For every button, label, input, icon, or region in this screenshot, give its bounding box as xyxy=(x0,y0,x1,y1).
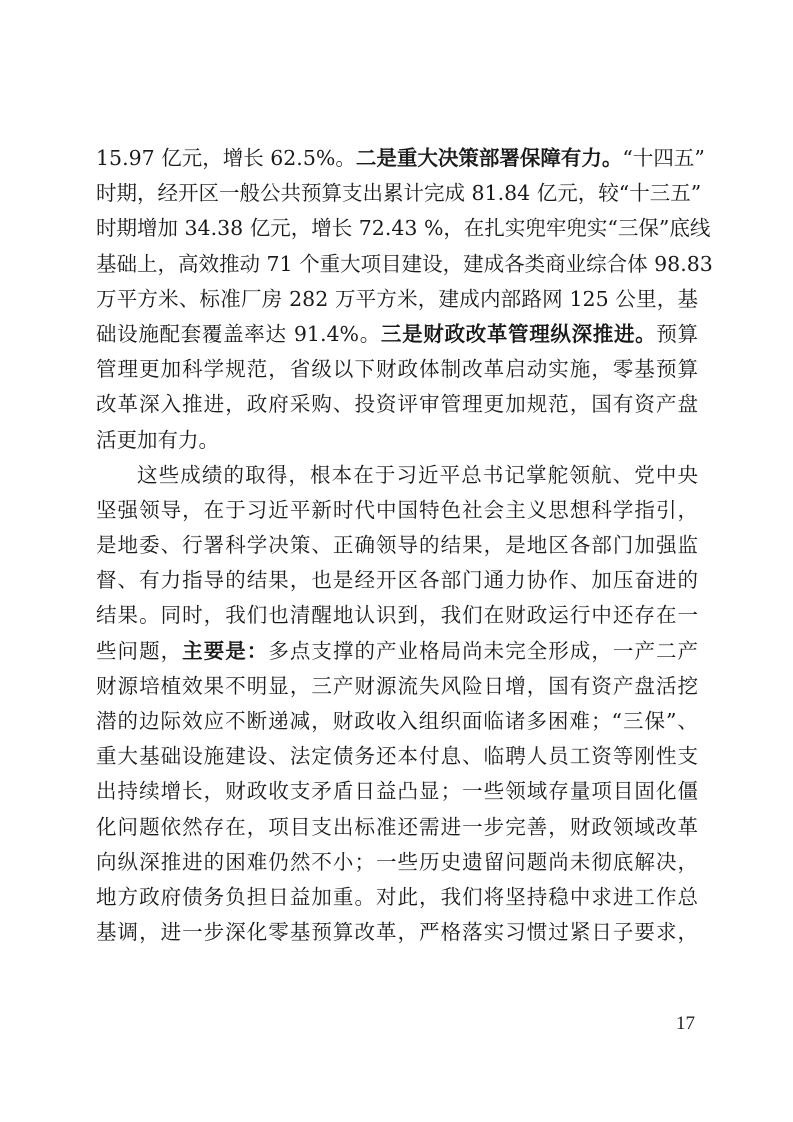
paragraph-achievements-continued: 15.97 亿元，增长 62.5%。二是重大决策部署保障有力。“十四五”时期，经… xyxy=(96,141,698,458)
text-line: 地方政府债务负担日益加重。对此，我们将坚持稳中求进工作总 xyxy=(96,880,698,915)
bold-heading-text: 三是财政改革管理纵深推进。 xyxy=(381,322,656,346)
text-line: 坚强领导，在于习近平新时代中国特色社会主义思想科学指引， xyxy=(96,493,698,528)
body-text: 基础上，高效推动 71 个重大项目建设，建成各类商业综合体 98.83 xyxy=(96,252,713,276)
body-text: 础设施配套覆盖率达 91.4%。 xyxy=(96,322,381,346)
text-line: 些问题，主要是：多点支撑的产业格局尚未完全形成，一产二产 xyxy=(96,634,698,669)
body-text: 时期，经开区一般公共预算支出累计完成 81.84 亿元，较“十三五” xyxy=(96,181,701,205)
text-line: 时期增加 34.38 亿元，增长 72.43 %，在扎实兜牢兜实“三保”底线 xyxy=(96,211,698,246)
body-text: 重大基础设施建设、法定债务还本付息、临聘人员工资等刚性支 xyxy=(96,744,698,768)
document-page: 15.97 亿元，增长 62.5%。二是重大决策部署保障有力。“十四五”时期，经… xyxy=(0,0,793,1122)
text-line: 础设施配套覆盖率达 91.4%。三是财政改革管理纵深推进。预算 xyxy=(96,317,698,352)
text-line: 万平方米、标准厂房 282 万平方米，建成内部路网 125 公里，基 xyxy=(96,282,698,317)
body-text: 地方政府债务负担日益加重。对此，我们将坚持稳中求进工作总 xyxy=(96,885,698,909)
body-text: 万平方米、标准厂房 282 万平方米，建成内部路网 125 公里，基 xyxy=(96,287,698,311)
text-line: 活更加有力。 xyxy=(96,423,698,458)
body-text: 结果。同时，我们也清醒地认识到，我们在财政运行中还存在一 xyxy=(96,603,698,627)
document-body: 15.97 亿元，增长 62.5%。二是重大决策部署保障有力。“十四五”时期，经… xyxy=(96,141,698,950)
body-text: 活更加有力。 xyxy=(96,428,219,452)
text-line: 财源培植效果不明显，三产财源流失风险日增，国有资产盘活挖 xyxy=(96,669,698,704)
bold-heading-text: 二是重大决策部署保障有力。 xyxy=(356,146,623,170)
body-text: 是地委、行署科学决策、正确领导的结果，是地区各部门加强监 xyxy=(96,533,698,557)
body-text: 15.97 亿元，增长 62.5%。 xyxy=(96,146,356,170)
text-line: 结果。同时，我们也清醒地认识到，我们在财政运行中还存在一 xyxy=(96,598,698,633)
text-line: 管理更加科学规范，省级以下财政体制改革启动实施，零基预算 xyxy=(96,352,698,387)
text-line: 出持续增长，财政收支矛盾日益凸显；一些领域存量项目固化僵 xyxy=(96,774,698,809)
text-line: 时期，经开区一般公共预算支出累计完成 81.84 亿元，较“十三五” xyxy=(96,176,698,211)
body-text: “十四五” xyxy=(622,146,704,170)
text-line: 潜的边际效应不断递减，财政收入组织面临诸多困难；“三保”、 xyxy=(96,704,698,739)
text-line: 基础上，高效推动 71 个重大项目建设，建成各类商业综合体 98.83 xyxy=(96,247,698,282)
text-line: 化问题依然存在，项目支出标准还需进一步完善，财政领域改革 xyxy=(96,810,698,845)
body-text: 预算 xyxy=(656,322,698,346)
text-line: 督、有力指导的结果，也是经开区各部门通力协作、加压奋进的 xyxy=(96,563,698,598)
page-number: 17 xyxy=(676,1013,695,1035)
paragraph-achievements-and-problems: 这些成绩的取得，根本在于习近平总书记掌舵领航、党中央坚强领导，在于习近平新时代中… xyxy=(96,458,698,951)
text-line: 重大基础设施建设、法定债务还本付息、临聘人员工资等刚性支 xyxy=(96,739,698,774)
body-text: 些问题， xyxy=(96,639,182,663)
body-text: 向纵深推进的困难仍然不小；一些历史遗留问题尚未彻底解决， xyxy=(96,850,698,874)
text-line: 改革深入推进，政府采购、投资评审管理更加规范，国有资产盘 xyxy=(96,387,698,422)
body-text: 这些成绩的取得，根本在于习近平总书记掌舵领航、党中央 xyxy=(137,463,698,487)
text-line: 15.97 亿元，增长 62.5%。二是重大决策部署保障有力。“十四五” xyxy=(96,141,698,176)
text-line: 向纵深推进的困难仍然不小；一些历史遗留问题尚未彻底解决， xyxy=(96,845,698,880)
text-line: 这些成绩的取得，根本在于习近平总书记掌舵领航、党中央 xyxy=(96,458,698,493)
body-text: 督、有力指导的结果，也是经开区各部门通力协作、加压奋进的 xyxy=(96,568,698,592)
body-text: 潜的边际效应不断递减，财政收入组织面临诸多困难；“三保”、 xyxy=(96,709,698,733)
body-text: 改革深入推进，政府采购、投资评审管理更加规范，国有资产盘 xyxy=(96,392,698,416)
body-text: 化问题依然存在，项目支出标准还需进一步完善，财政领域改革 xyxy=(96,815,698,839)
text-line: 是地委、行署科学决策、正确领导的结果，是地区各部门加强监 xyxy=(96,528,698,563)
body-text: 坚强领导，在于习近平新时代中国特色社会主义思想科学指引， xyxy=(96,498,698,522)
body-text: 时期增加 34.38 亿元，增长 72.43 %，在扎实兜牢兜实“三保”底线 xyxy=(96,216,710,240)
body-text: 出持续增长，财政收支矛盾日益凸显；一些领域存量项目固化僵 xyxy=(96,779,698,803)
body-text: 多点支撑的产业格局尚未完全形成，一产二产 xyxy=(268,639,698,663)
text-line: 基调，进一步深化零基预算改革，严格落实习惯过紧日子要求， xyxy=(96,915,698,950)
body-text: 财源培植效果不明显，三产财源流失风险日增，国有资产盘活挖 xyxy=(96,674,698,698)
bold-heading-text: 主要是： xyxy=(182,639,268,663)
body-text: 管理更加科学规范，省级以下财政体制改革启动实施，零基预算 xyxy=(96,357,698,381)
body-text: 基调，进一步深化零基预算改革，严格落实习惯过紧日子要求， xyxy=(96,920,698,944)
